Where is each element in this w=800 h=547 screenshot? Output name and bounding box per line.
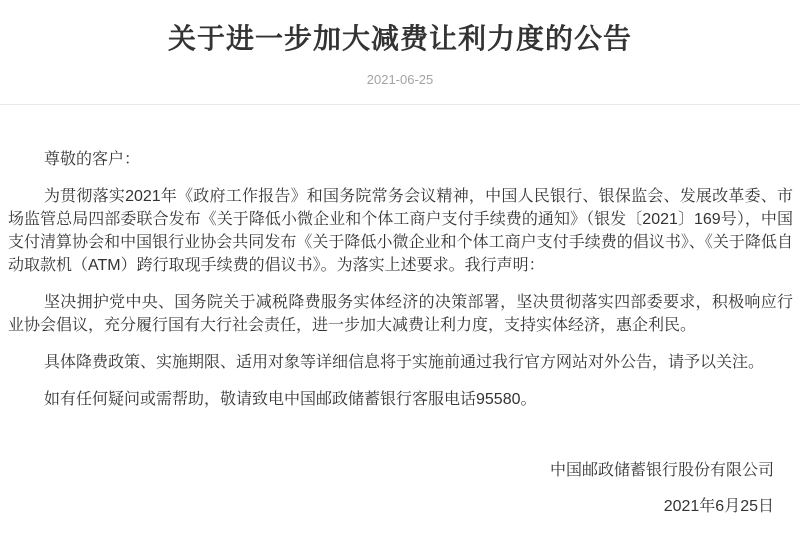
body-paragraph-2: 坚决拥护党中央、国务院关于减税降费服务实体经济的决策部署，坚决贯彻落实四部委要求… [8,291,793,337]
announcement-body: 尊敬的客户： 为贯彻落实2021年《政府工作报告》和国务院常务会议精神，中国人民… [0,105,800,518]
announcement-page: 关于进一步加大减费让利力度的公告 2021-06-25 尊敬的客户： 为贯彻落实… [0,0,800,547]
signature-block: 中国邮政储蓄银行股份有限公司 2021年6月25日 [8,459,793,518]
signature-date: 2021年6月25日 [8,495,774,518]
body-paragraph-3: 具体降费政策、实施期限、适用对象等详细信息将于实施前通过我行官方网站对外公告，请… [8,351,793,374]
page-title: 关于进一步加大减费让利力度的公告 [0,22,800,56]
publish-date: 2021-06-25 [0,72,800,88]
greeting: 尊敬的客户： [8,148,793,171]
signature-company: 中国邮政储蓄银行股份有限公司 [8,459,774,482]
body-paragraph-4: 如有任何疑问或需帮助，敬请致电中国邮政储蓄银行客服电话95580。 [8,388,793,411]
body-paragraph-1: 为贯彻落实2021年《政府工作报告》和国务院常务会议精神，中国人民银行、银保监会… [8,185,793,277]
